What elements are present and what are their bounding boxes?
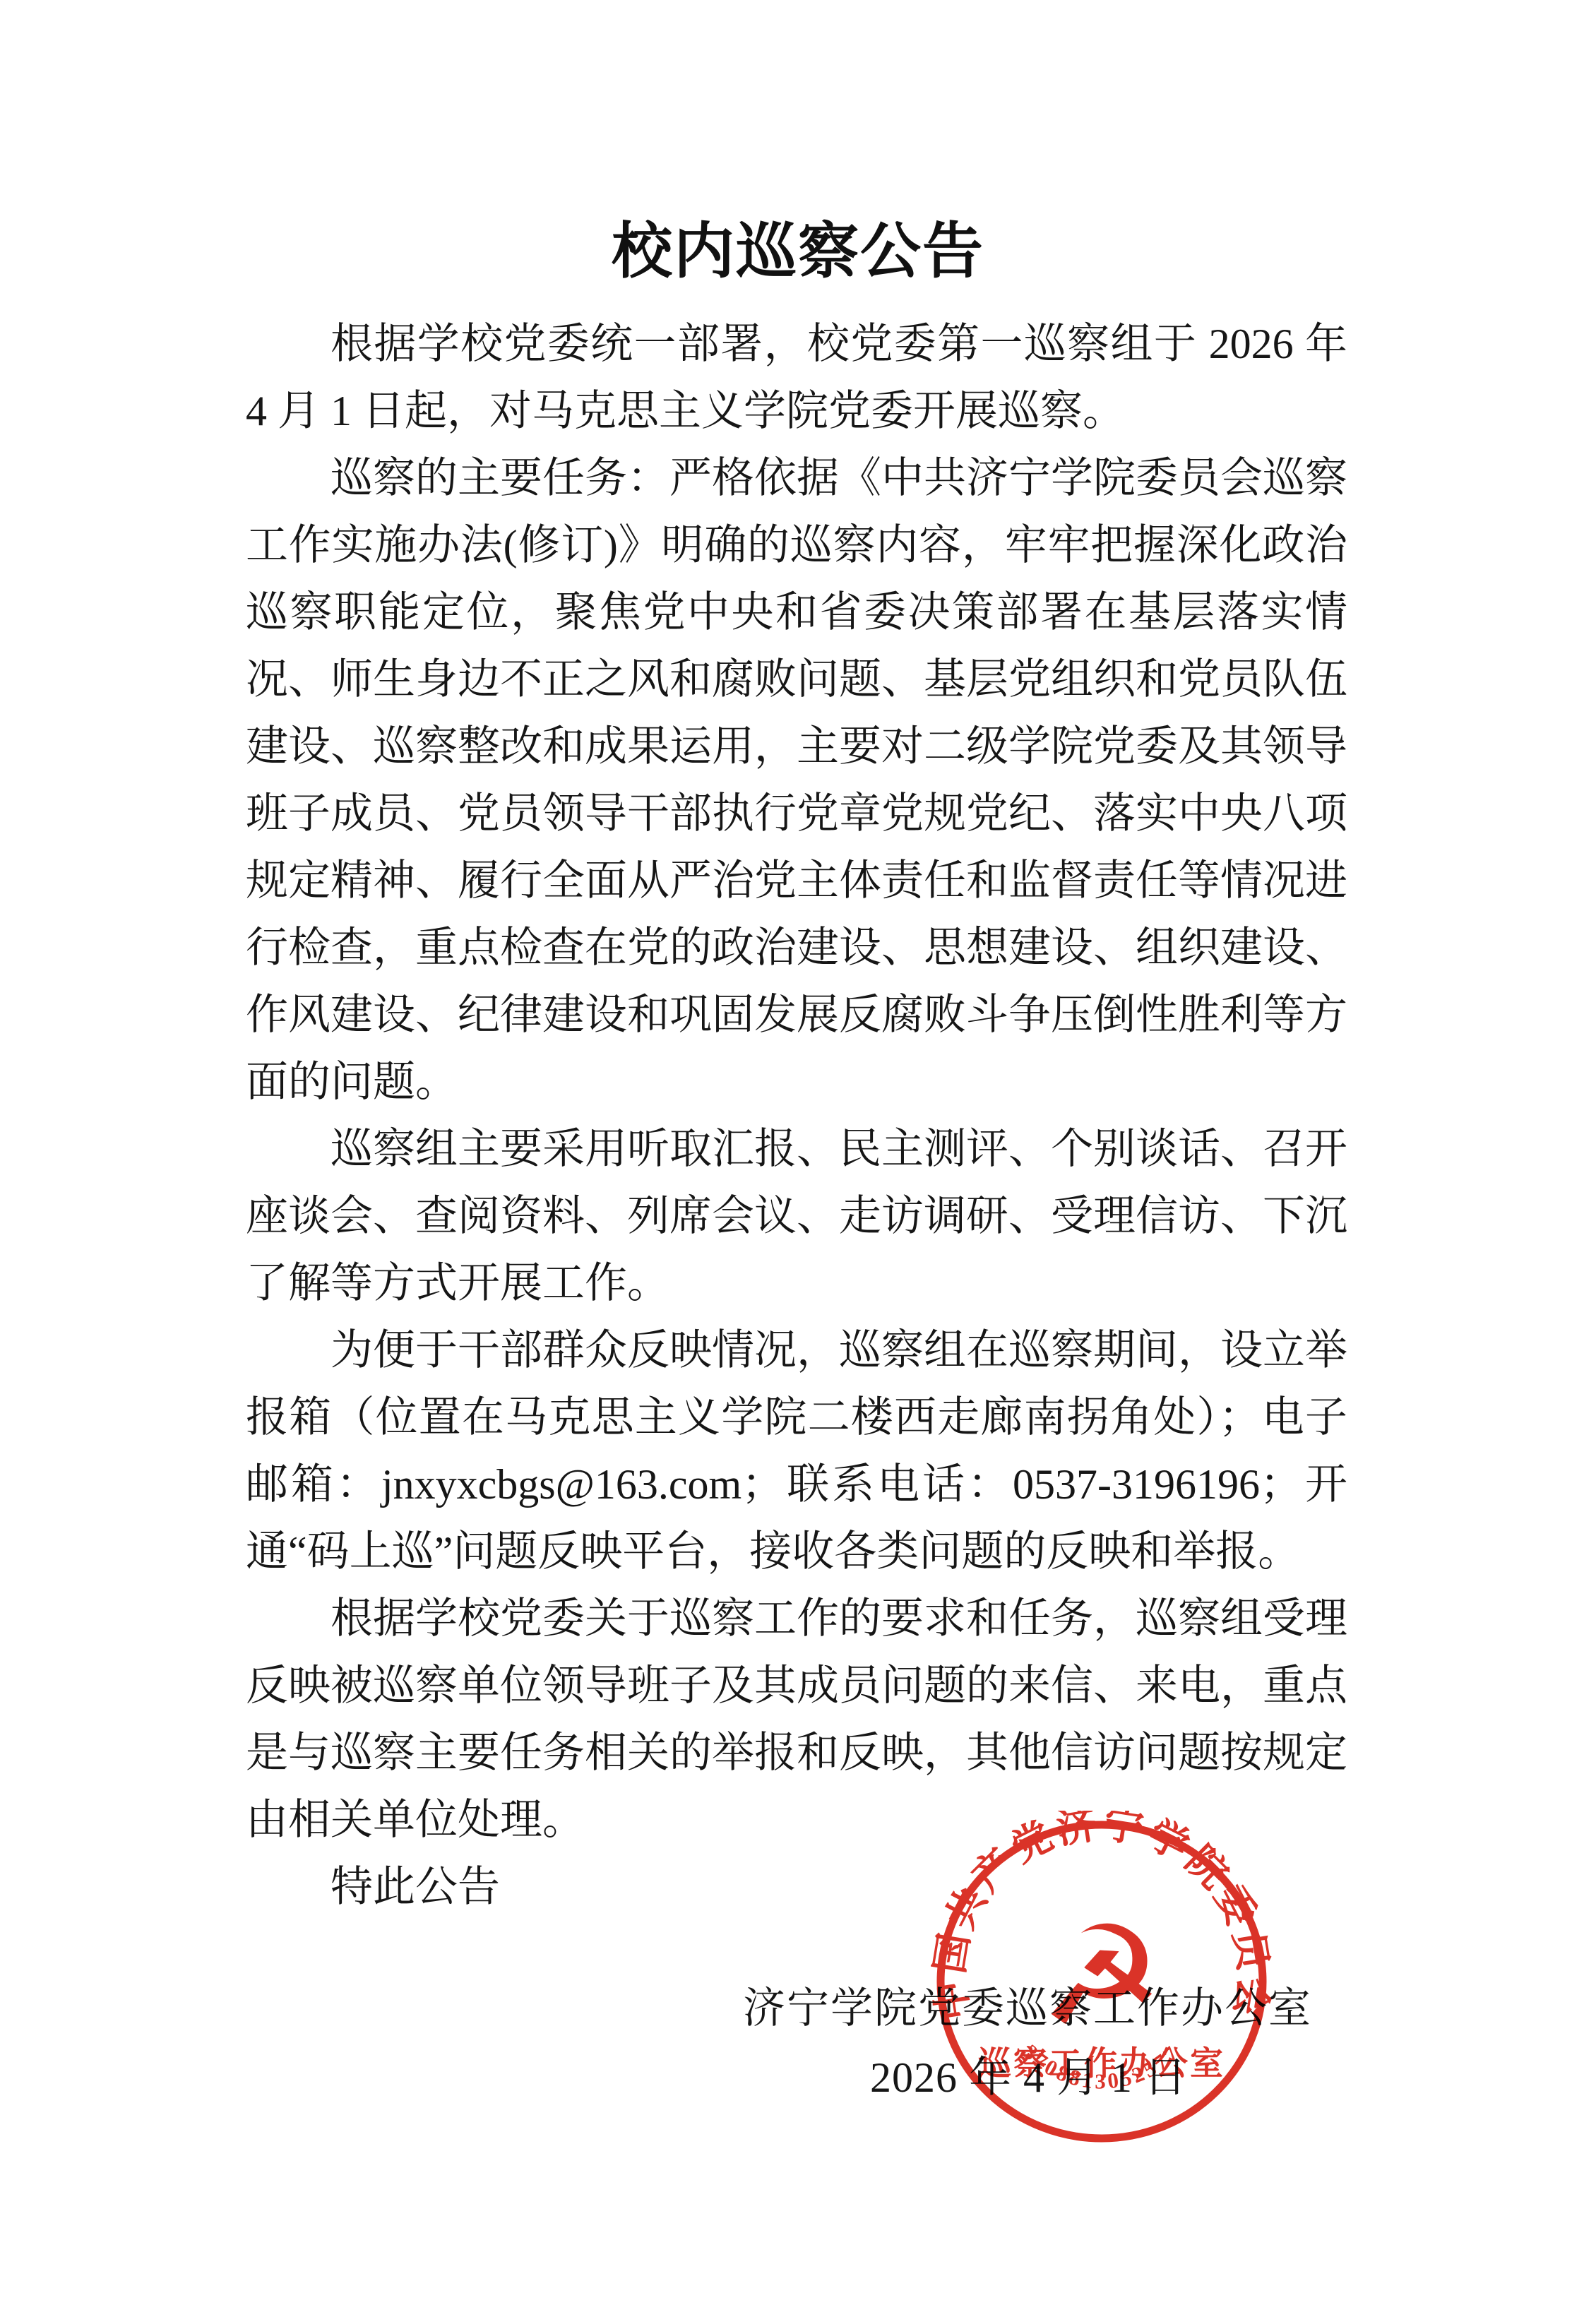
paragraph-methods: 巡察组主要采用听取汇报、民主测评、个别谈话、召开座谈会、查阅资料、列席会议、走访… bbox=[246, 1116, 1347, 1317]
paragraph-main-tasks: 巡察的主要任务：严格依据《中共济宁学院委员会巡察工作实施办法(修订)》明确的巡察… bbox=[246, 445, 1347, 1116]
announcement-document: 校内巡察公告 根据学校党委统一部署，校党委第一巡察组于 2026 年 4 月 1… bbox=[0, 0, 1596, 2305]
hammer-and-sickle-icon: ☭ bbox=[1040, 1896, 1164, 2056]
document-body: 根据学校党委统一部署，校党委第一巡察组于 2026 年 4 月 1 日起，对马克… bbox=[246, 311, 1347, 1921]
official-seal-graphic: 中国共产党济宁学院委员会 ☭ 巡察工作办公室 3708813052577 bbox=[931, 1811, 1273, 2152]
official-seal: 中国共产党济宁学院委员会 ☭ 巡察工作办公室 3708813052577 bbox=[931, 1811, 1273, 2152]
page-title: 校内巡察公告 bbox=[0, 202, 1596, 290]
paragraph-contact-channels: 为便于干部群众反映情况，巡察组在巡察期间，设立举报箱（位置在马克思主义学院二楼西… bbox=[246, 1317, 1347, 1585]
paragraph-overview: 根据学校党委统一部署，校党委第一巡察组于 2026 年 4 月 1 日起，对马克… bbox=[246, 311, 1347, 445]
